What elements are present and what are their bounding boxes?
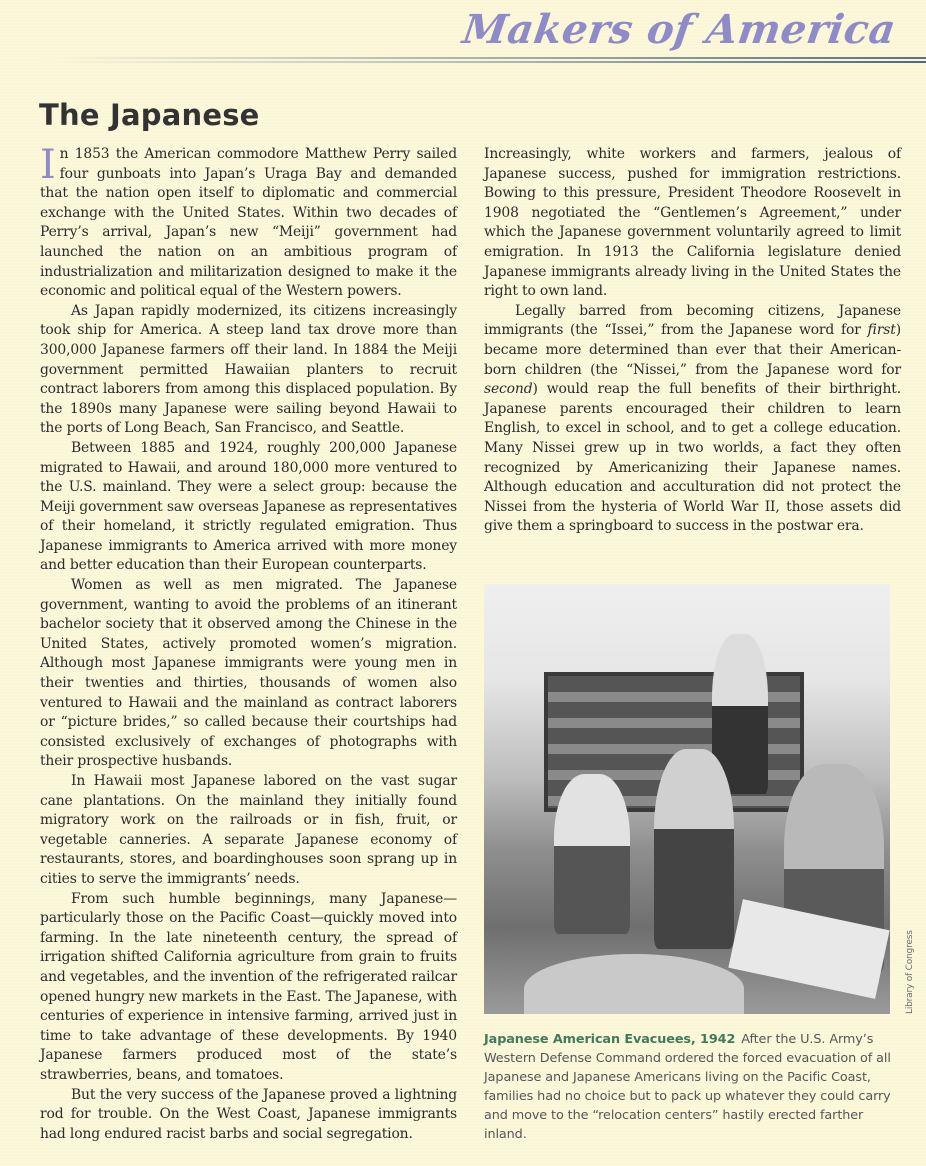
person-shape xyxy=(554,774,630,934)
right-column: Increasingly, white workers and farmers,… xyxy=(484,145,901,537)
paragraph: In 1853 the American commodore Matthew P… xyxy=(40,145,457,302)
header-rule xyxy=(40,57,926,63)
paragraph: From such humble beginnings, many Japane… xyxy=(40,890,457,1086)
evacuees-photo xyxy=(484,584,890,1014)
paragraph: Between 1885 and 1924, roughly 200,000 J… xyxy=(40,439,457,576)
photo-caption: Japanese American Evacuees, 1942After th… xyxy=(484,1030,904,1144)
paragraph: Increasingly, white workers and farmers,… xyxy=(484,145,901,302)
paragraph: As Japan rapidly modernized, its citizen… xyxy=(40,302,457,439)
caption-text: After the U.S. Army’s Western Defense Co… xyxy=(484,1032,891,1142)
bundle-shape xyxy=(524,954,744,1014)
drop-cap: I xyxy=(40,148,56,182)
caption-title: Japanese American Evacuees, 1942 xyxy=(484,1032,735,1047)
photo-credit: Library of Congress xyxy=(905,930,915,1014)
article-title: The Japanese xyxy=(39,98,260,132)
left-column: In 1853 the American commodore Matthew P… xyxy=(40,145,457,1144)
paragraph: Women as well as men migrated. The Japan… xyxy=(40,576,457,772)
series-title: Makers of America xyxy=(460,6,899,53)
paragraph: Legally barred from becoming citizens, J… xyxy=(484,302,901,537)
paragraph: But the very success of the Japanese pro… xyxy=(40,1086,457,1145)
person-shape xyxy=(654,749,734,949)
paragraph: In Hawaii most Japanese labored on the v… xyxy=(40,772,457,890)
